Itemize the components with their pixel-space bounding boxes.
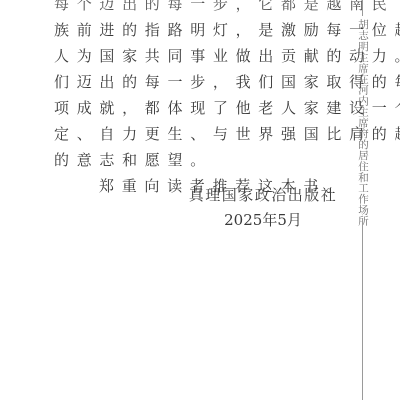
running-head-rule-bottom xyxy=(362,218,363,400)
body-line: 族前进的指路明灯，是激励每一位越南 xyxy=(54,17,334,43)
body-line: 定、自力更生、与世界强国比肩的越南 xyxy=(54,121,334,147)
body-text: 每个迈出的每一步，它都是越南民 族前进的指路明灯，是激励每一位越南 人为国家共同… xyxy=(54,0,334,199)
running-head-title: 胡志明主席在河内主席府的居住和工作场所 xyxy=(356,19,370,226)
signature-block: 真理国家政治出版社 2025年5月 xyxy=(188,183,338,233)
publisher-name: 真理国家政治出版社 xyxy=(188,183,338,208)
body-line: 人为国家共同事业做出贡献的动力。我 xyxy=(54,43,334,69)
document-page: 每个迈出的每一步，它都是越南民 族前进的指路明灯，是激励每一位越南 人为国家共同… xyxy=(0,0,400,400)
running-head: 胡志明主席在河内主席府的居住和工作场所 xyxy=(353,0,373,400)
body-line: 项成就，都体现了他老人家建设一个坚 xyxy=(54,95,334,121)
body-line: 们迈出的每一步，我们国家取得的每一 xyxy=(54,69,334,95)
body-line-partial: 每个迈出的每一步，它都是越南民 xyxy=(54,0,334,17)
running-head-rule-top xyxy=(362,0,363,16)
publication-date: 2025年5月 xyxy=(188,208,338,233)
body-line: 的意志和愿望。 xyxy=(54,147,334,173)
